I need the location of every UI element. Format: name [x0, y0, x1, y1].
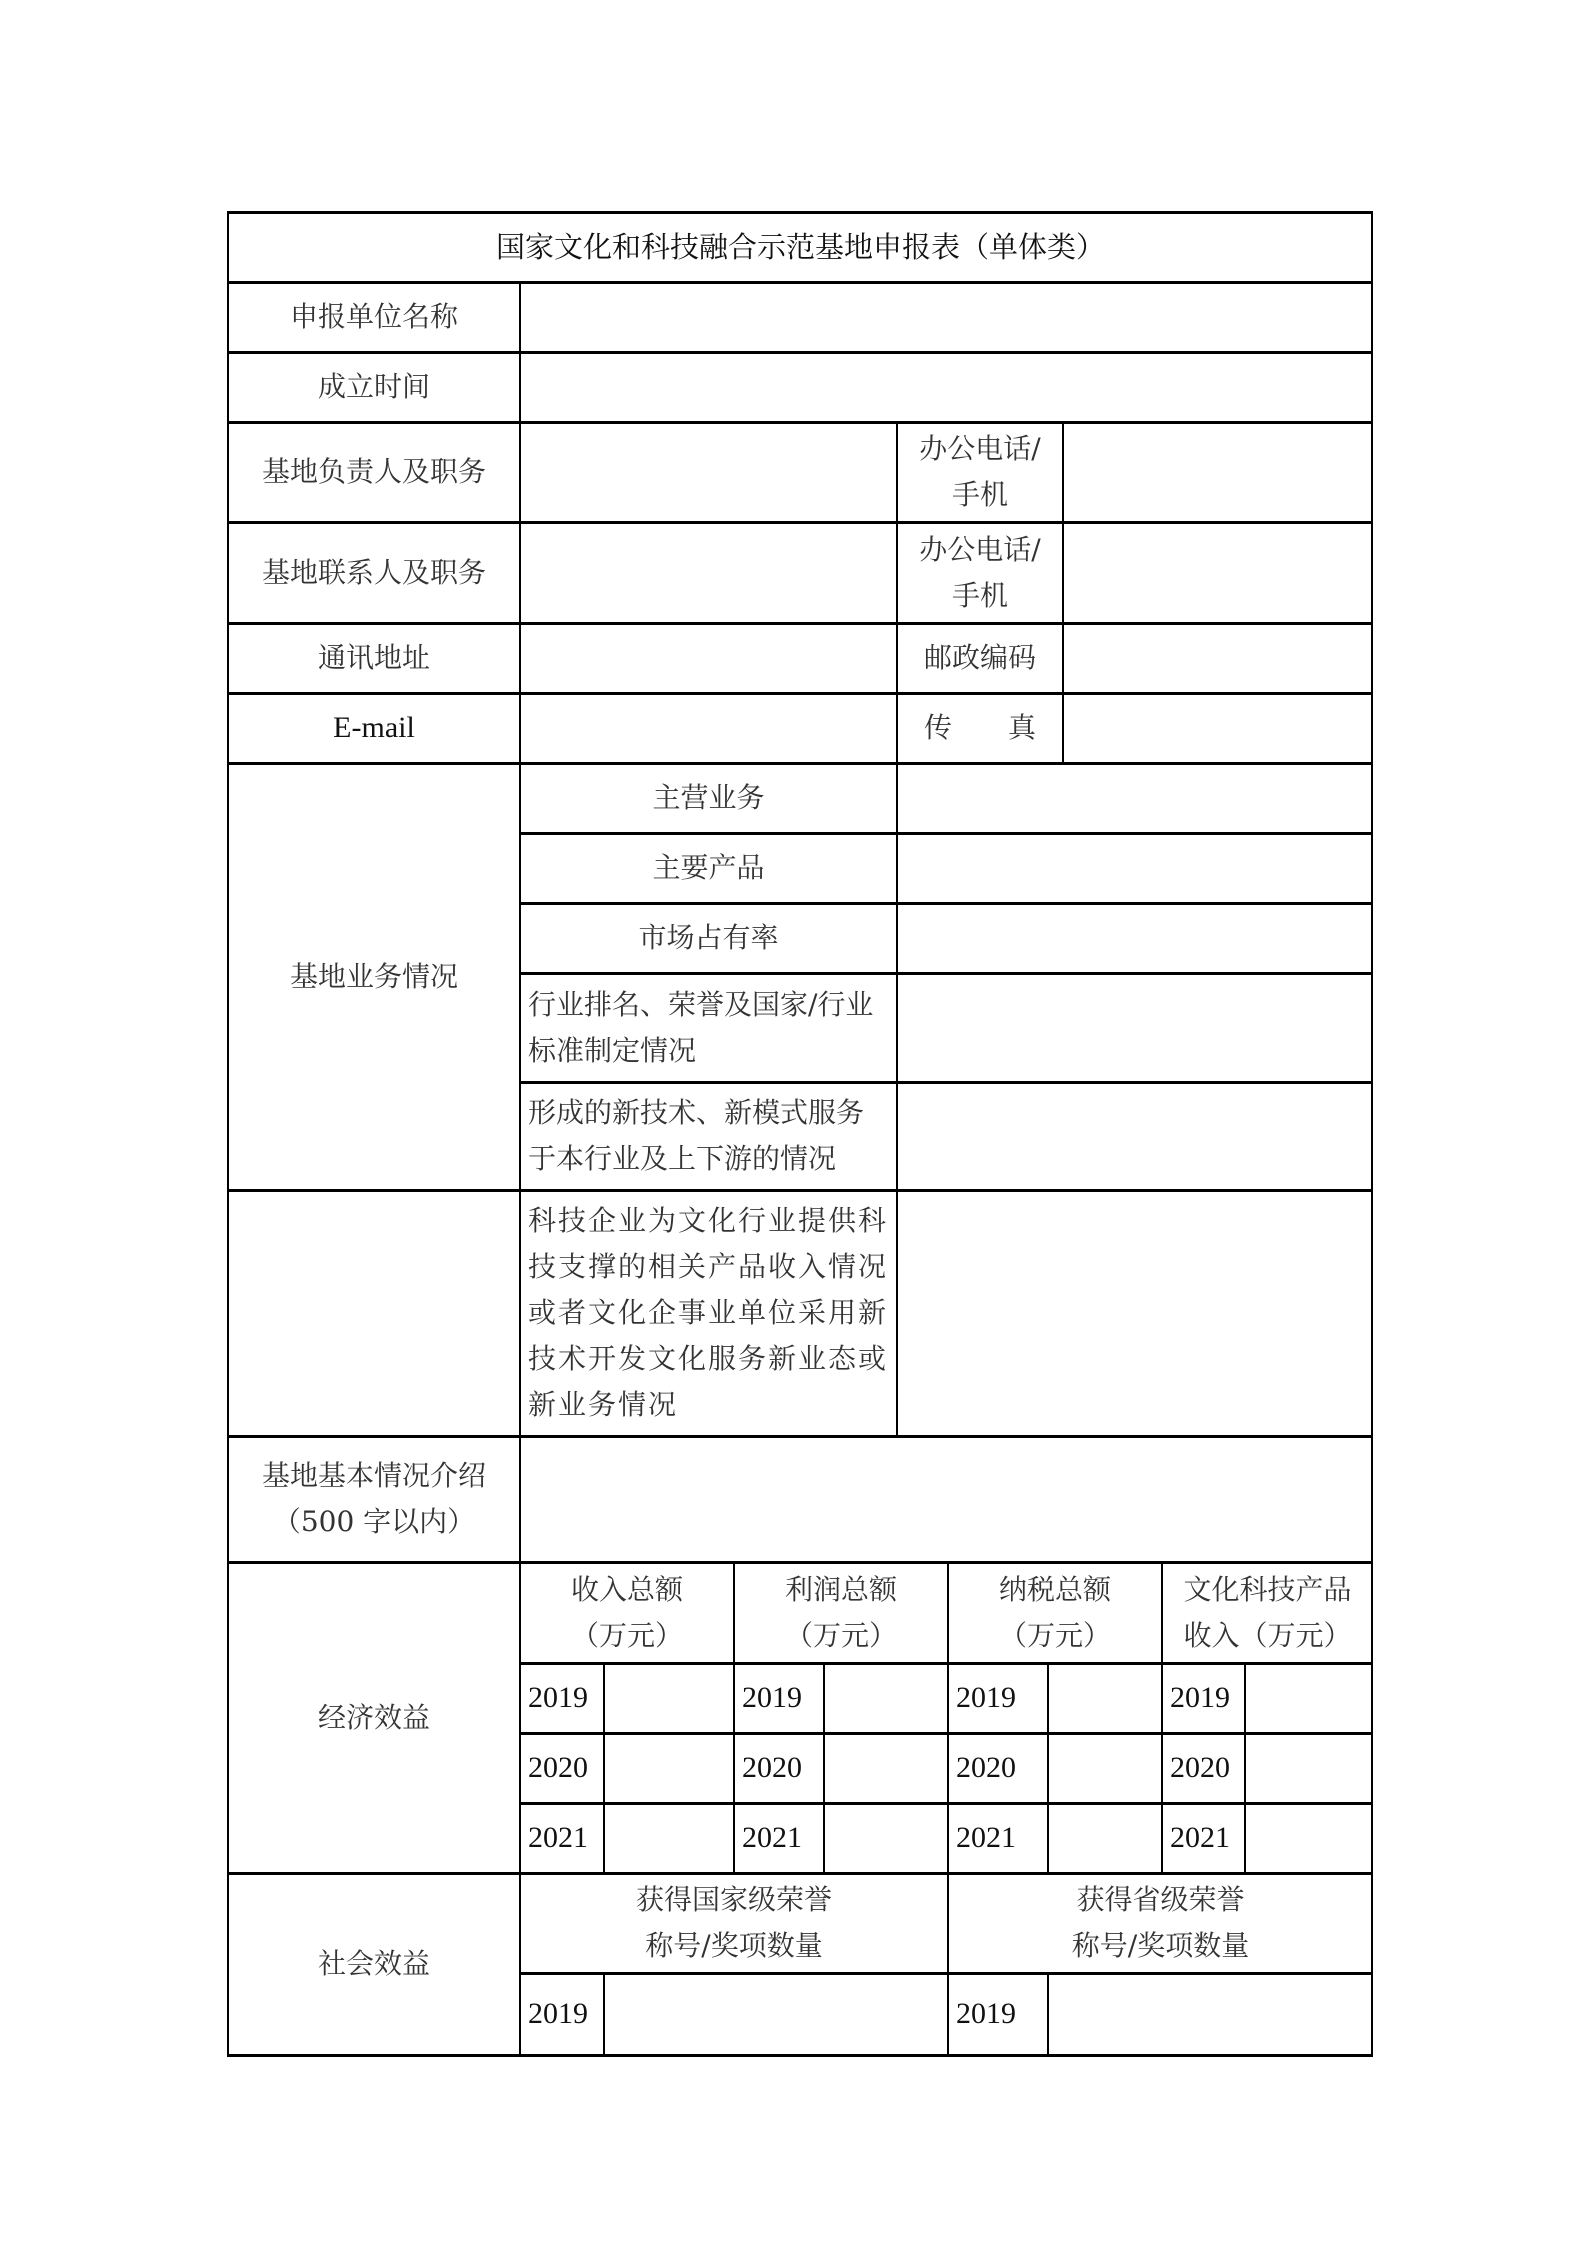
year-label: 2019	[520, 1663, 604, 1733]
label-new-tech-models: 形成的新技术、新模式服务于本行业及上下游的情况	[520, 1082, 897, 1190]
label-established: 成立时间	[228, 352, 520, 422]
table-border	[227, 211, 229, 2057]
row-divider	[228, 622, 1373, 625]
row-divider	[228, 1872, 1373, 1875]
header-tax: 纳税总额 （万元）	[948, 1562, 1162, 1663]
industry-ranking-field[interactable]	[897, 973, 1373, 1082]
address-field[interactable]	[520, 623, 897, 693]
tax-2021-field[interactable]	[1048, 1803, 1162, 1873]
row-divider	[520, 1081, 1373, 1084]
provincial-honors-2019-field[interactable]	[1048, 1973, 1373, 2055]
new-tech-models-field[interactable]	[897, 1082, 1373, 1190]
label-contact: 基地联系人及职务	[228, 522, 520, 623]
contact-phone-field[interactable]	[1063, 522, 1373, 623]
culture-tech-2019-field[interactable]	[1245, 1663, 1373, 1733]
label-tech-support: 科技企业为文化行业提供科技支撑的相关产品收入情况或者文化企事业单位采用新技术开发…	[520, 1190, 897, 1436]
year-label: 2020	[520, 1733, 604, 1803]
national-honors-2019-field[interactable]	[604, 1973, 948, 2055]
market-share-field[interactable]	[897, 903, 1373, 973]
col-divider	[603, 1663, 605, 1873]
label-business: 基地业务情况	[228, 763, 520, 1190]
header-revenue: 收入总额 （万元）	[520, 1562, 734, 1663]
row-divider	[228, 281, 1373, 284]
culture-tech-2021-field[interactable]	[1245, 1803, 1373, 1873]
col-divider	[1244, 1663, 1246, 1873]
row-divider	[228, 762, 1373, 765]
year-label: 2021	[948, 1803, 1048, 1873]
year-label: 2021	[520, 1803, 604, 1873]
row-divider	[520, 972, 1373, 975]
table-border	[228, 2054, 1373, 2057]
application-form-page: 国家文化和科技融合示范基地申报表（单体类） 申报单位名称 成立时间 基地负责人及…	[0, 0, 1587, 2245]
col-divider	[603, 1973, 605, 2055]
fax-field[interactable]	[1063, 693, 1373, 763]
unit-name-field[interactable]	[520, 282, 1373, 352]
row-divider	[228, 1189, 1373, 1192]
label-contact-phone: 办公电话/ 手机	[897, 522, 1063, 623]
col-divider	[519, 282, 521, 2055]
label-main-products: 主要产品	[520, 833, 897, 903]
label-industry-ranking: 行业排名、荣誉及国家/行业标准制定情况	[520, 973, 897, 1082]
revenue-2020-field[interactable]	[604, 1733, 734, 1803]
row-divider	[228, 692, 1373, 695]
tech-support-field[interactable]	[897, 1190, 1373, 1436]
header-national-honors: 获得国家级荣誉 称号/奖项数量	[520, 1873, 948, 1973]
profit-2020-field[interactable]	[824, 1733, 948, 1803]
col-divider	[1161, 1562, 1163, 1873]
tax-2020-field[interactable]	[1048, 1733, 1162, 1803]
year-label: 2019	[520, 1973, 604, 2055]
row-divider	[228, 1435, 1373, 1438]
label-head-phone: 办公电话/ 手机	[897, 422, 1063, 522]
head-field[interactable]	[520, 422, 897, 522]
email-field[interactable]	[520, 693, 897, 763]
table-border	[228, 211, 1373, 214]
label-fax: 传 真	[897, 693, 1063, 763]
postcode-field[interactable]	[1063, 623, 1373, 693]
row-divider	[228, 521, 1373, 524]
contact-field[interactable]	[520, 522, 897, 623]
col-divider	[896, 763, 898, 1436]
label-postcode: 邮政编码	[897, 623, 1063, 693]
year-label: 2019	[948, 1663, 1048, 1733]
year-label: 2019	[948, 1973, 1048, 2055]
row-divider	[520, 832, 1373, 835]
label-social: 社会效益	[228, 1873, 520, 2055]
label-head: 基地负责人及职务	[228, 422, 520, 522]
label-intro: 基地基本情况介绍 （500 字以内）	[228, 1436, 520, 1562]
row-divider	[228, 1561, 1373, 1564]
culture-tech-2020-field[interactable]	[1245, 1733, 1373, 1803]
header-culture-tech-revenue: 文化科技产品 收入（万元）	[1162, 1562, 1373, 1663]
year-label: 2021	[1162, 1803, 1245, 1873]
year-label: 2019	[734, 1663, 824, 1733]
label-unit-name: 申报单位名称	[228, 282, 520, 352]
main-products-field[interactable]	[897, 833, 1373, 903]
year-label: 2020	[1162, 1733, 1245, 1803]
col-divider	[896, 422, 898, 763]
header-profit: 利润总额 （万元）	[734, 1562, 948, 1663]
col-divider	[947, 1562, 949, 2055]
table-border	[1371, 211, 1373, 2057]
col-divider	[823, 1663, 825, 1873]
head-phone-field[interactable]	[1063, 422, 1373, 522]
col-divider	[1062, 422, 1064, 763]
label-market-share: 市场占有率	[520, 903, 897, 973]
year-label: 2019	[1162, 1663, 1245, 1733]
label-main-business: 主营业务	[520, 763, 897, 833]
row-divider	[228, 351, 1373, 354]
year-label: 2020	[948, 1733, 1048, 1803]
revenue-2019-field[interactable]	[604, 1663, 734, 1733]
row-divider	[520, 902, 1373, 905]
revenue-2021-field[interactable]	[604, 1803, 734, 1873]
year-label: 2020	[734, 1733, 824, 1803]
label-economic: 经济效益	[228, 1562, 520, 1873]
profit-2021-field[interactable]	[824, 1803, 948, 1873]
col-divider	[1047, 1663, 1049, 1873]
row-divider	[228, 421, 1373, 424]
col-divider	[733, 1562, 735, 1873]
col-divider	[1047, 1973, 1049, 2055]
form-title: 国家文化和科技融合示范基地申报表（单体类）	[228, 212, 1373, 282]
header-provincial-honors: 获得省级荣誉 称号/奖项数量	[948, 1873, 1373, 1973]
tech-support-blank-label	[228, 1190, 520, 1436]
profit-2019-field[interactable]	[824, 1663, 948, 1733]
year-label: 2021	[734, 1803, 824, 1873]
main-business-field[interactable]	[897, 763, 1373, 833]
tax-2019-field[interactable]	[1048, 1663, 1162, 1733]
label-email: E-mail	[228, 693, 520, 763]
intro-field[interactable]	[520, 1436, 1373, 1562]
established-field[interactable]	[520, 352, 1373, 422]
label-address: 通讯地址	[228, 623, 520, 693]
